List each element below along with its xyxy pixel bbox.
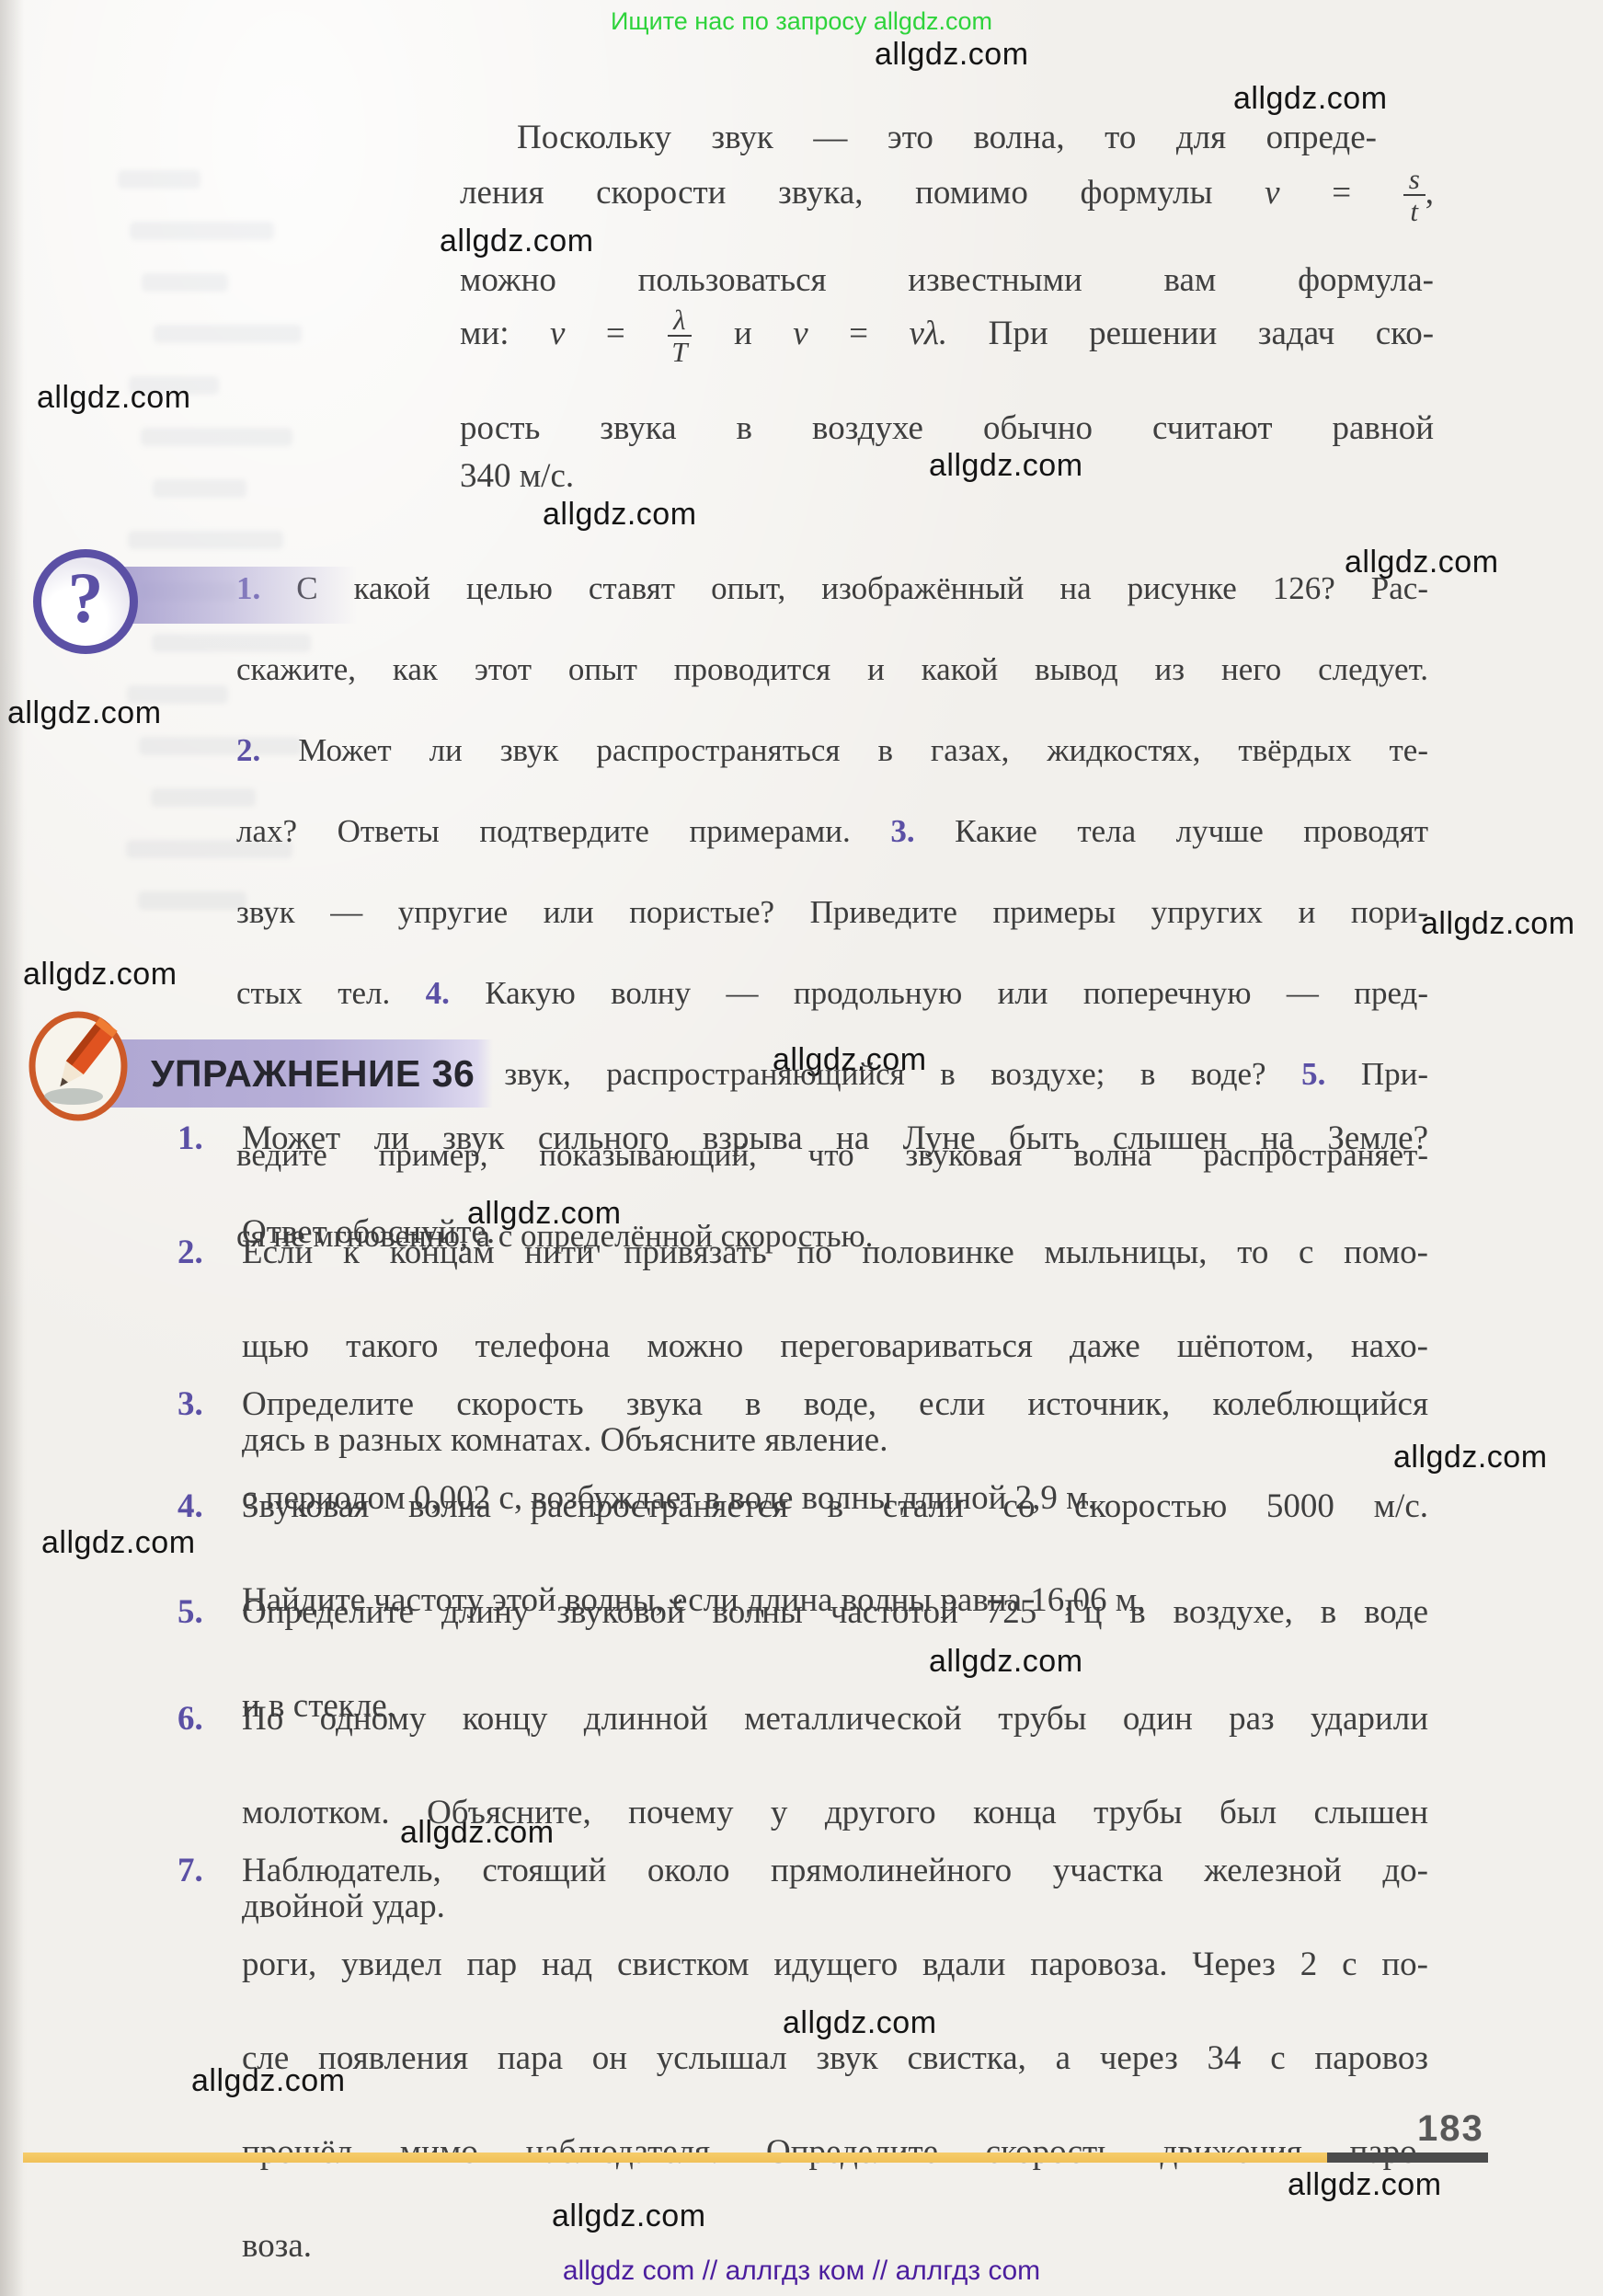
exercise-number: 2. [177,1229,225,1276]
watermark: allgdz.com [1233,81,1388,117]
exercise-header-bar: УПРАЖНЕНИЕ 36 [92,1039,493,1108]
bleed-line [141,428,292,446]
watermark: allgdz.com [1421,906,1575,942]
watermark: allgdz.com [875,37,1029,73]
watermark: allgdz.com [37,380,191,416]
pencil-icon [28,1010,129,1122]
exercise-number: 7. [177,1847,225,1894]
exercise-number: 6. [177,1695,225,1742]
question-number: 4. [426,975,450,1011]
question-line: звук — упругие или пористые? Приведите п… [236,892,1428,973]
page-number: 183 [1417,2108,1484,2150]
fraction-s-over-t: st [1403,164,1426,227]
footer-rule-dark-segment [1327,2152,1488,2163]
exercise-number: 3. [177,1381,225,1428]
exercise-item: 7.Наблюдатель, стоящий около прямолинейн… [242,1847,1428,2269]
question-number: 3. [890,813,914,849]
exercise-header-title: УПРАЖНЕНИЕ 36 [92,1052,475,1096]
question-mark-icon: ? [33,549,138,654]
question-line: 2. Может ли звук распространяться в газа… [236,730,1428,811]
question-text: С какой целью ставят опыт, изображённый … [260,570,1428,606]
question-text: Какую волну — продольную или поперечную … [450,975,1428,1011]
question-line: скажите, как этот опыт проводится и како… [236,649,1428,730]
question-line: лах? Ответы подтвердите примерами. 3. Ка… [236,811,1428,892]
watermark: allgdz.com [543,497,697,533]
footer-links: allgdz com // аллгдз ком // аллгдз com [0,2256,1603,2287]
question-number: 5. [1301,1056,1325,1092]
exercise-line: По одному концу длинной металлической тр… [242,1695,1428,1789]
exercise-line: Звуковая волна распространяется в стали … [242,1483,1428,1577]
paragraph-line: ления скорости звука, помимо формулы v =… [460,164,1434,271]
question-line: 1. С какой целью ставят опыт, изображённ… [236,568,1428,649]
exercise-line: сле появления пара он услышал звук свист… [242,2035,1428,2129]
question-text: Какие тела лучше проводят [915,813,1428,849]
exercise-line: роги, увидел пар над свистком идущего вд… [242,1941,1428,2035]
bleed-line [153,479,246,498]
question-number: 2. [236,732,260,768]
paragraph-line: ми: v = λT и v = νλ. При решении задач с… [460,304,1434,412]
exercise-number: 5. [177,1589,225,1636]
bleed-line [118,170,200,189]
watermark: allgdz.com [41,1525,196,1561]
watermark: allgdz.com [7,695,162,731]
exercise-number: 1. [177,1115,225,1162]
question-text: Может ли звук распространяться в газах, … [260,732,1428,768]
question-text: звук — упругие или пористые? Приведите п… [236,894,1428,930]
exercise-line: Может ли звук сильного взрыва на Луне бы… [242,1115,1428,1209]
watermark: allgdz.com [23,957,177,993]
exercise-line: Наблюдатель, стоящий около прямолинейног… [242,1847,1428,1941]
exercise-line: Если к концам нити привязать по половинк… [242,1229,1428,1323]
exercise-line: прошёл мимо наблюдателя. Определите скор… [242,2129,1428,2222]
question-text: стых тел. [236,975,426,1011]
bleed-line [154,325,302,343]
bleed-line [128,531,283,549]
bleed-line [130,222,274,240]
question-text: скажите, как этот опыт проводится и како… [236,651,1428,687]
question-text: лах? Ответы подтвердите примерами. [236,813,890,849]
question-text: При- [1325,1056,1428,1092]
questions-accent-bar [101,567,368,624]
exercise-line: Определите скорость звука в воде, если и… [242,1381,1428,1475]
paragraph-line: 340 м/с. [460,454,1434,499]
search-hint-text: Ищите нас по запросу allgdz.com [0,7,1603,36]
exercise-number: 4. [177,1483,225,1530]
page-spine-edge [0,0,24,2296]
bleed-line [142,273,228,292]
fraction-lambda-over-T: λT [666,304,693,368]
footer-rule-yellow [23,2152,1327,2163]
textbook-page: Ищите нас по запросу allgdz.com allgdz.c… [0,0,1603,2296]
exercise-line: Определите длину звуковой волны частотой… [242,1589,1428,1682]
bleed-line [138,891,246,910]
